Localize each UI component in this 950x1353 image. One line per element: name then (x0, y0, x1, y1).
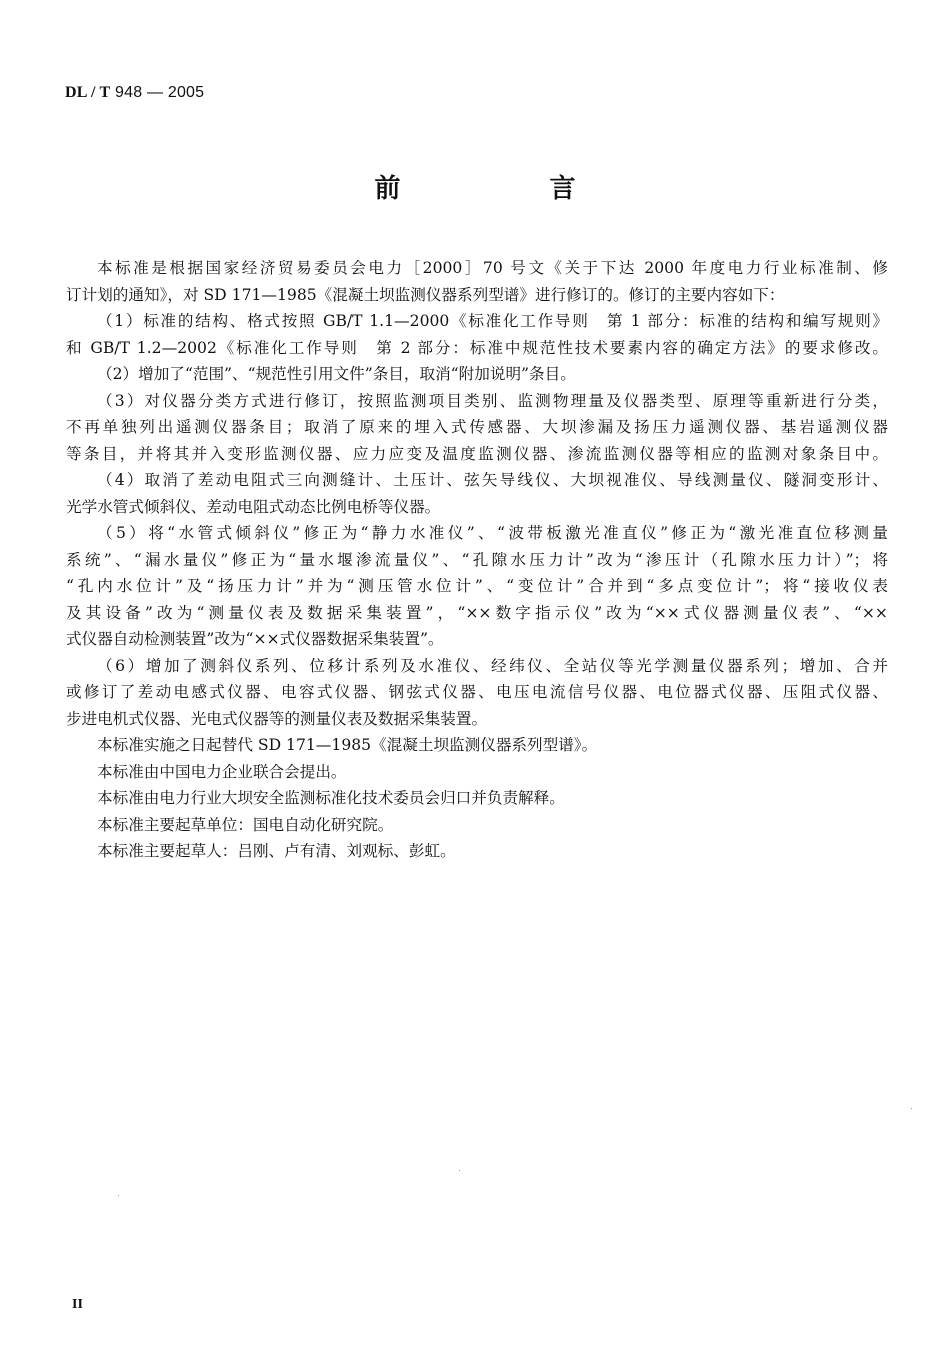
paragraph-responsible: 本标准由电力行业大坝安全监测标准化技术委员会归口并负责解释。 (66, 785, 888, 812)
scan-speck (911, 1108, 912, 1109)
text-line: “孔内水位计”及“扬压力计”并为“测压管水位计”、“变位计”合并到“多点变位计”… (66, 573, 888, 600)
paragraph-item-6: （6）增加了测斜仪系列、位移计系列及水准仪、经纬仪、全站仪等光学测量仪器系列；增… (66, 653, 888, 733)
standard-code-header: DL / T 948 — 2005 (65, 84, 204, 102)
paragraph-item-4: （4）取消了差动电阻式三向测缝计、土压计、弦矢导线仪、大坝视准仪、导线测量仪、隧… (66, 467, 888, 520)
text-line: 和 GB/T 1.2—2002《标准化工作导则 第 2 部分：标准中规范性技术要… (66, 335, 888, 362)
text-line: 本标准由电力行业大坝安全监测标准化技术委员会归口并负责解释。 (66, 785, 888, 812)
page-title: 前 言 (0, 168, 950, 205)
paragraph-item-3: （3）对仪器分类方式进行修订，按照监测项目类别、监测物理量及仪器类型、原理等重新… (66, 388, 888, 468)
paragraph-item-5: （5）将“水管式倾斜仪”修正为“静力水准仪”、“波带板激光准直仪”修正为“激光准… (66, 520, 888, 653)
text-line: 本标准实施之日起替代 SD 171—1985《混凝土坝监测仪器系列型谱》。 (66, 732, 888, 759)
text-line: 或修订了差动电感式仪器、电容式仪器、钢弦式仪器、电压电流信号仪器、电位器式仪器、… (66, 679, 888, 706)
text-line: 系统”、“漏水量仪”修正为“量水堰渗流量仪”、“孔隙水压力计”改为“渗压计（孔隙… (66, 547, 888, 574)
standard-year: 2005 (168, 84, 204, 101)
standard-prefix: DL / T (65, 84, 110, 101)
text-line: 等条目，并将其并入变形监测仪器、应力应变及温度监测仪器、渗流监测仪器等相应的监测… (66, 441, 888, 468)
scan-speck (459, 1170, 460, 1171)
text-line: 订计划的通知》，对 SD 171—1985《混凝土坝监测仪器系列型谱》进行修订的… (66, 282, 888, 309)
text-line: 本标准是根据国家经济贸易委员会电力［2000］70 号文《关于下达 2000 年… (66, 255, 888, 282)
text-line: （6）增加了测斜仪系列、位移计系列及水准仪、经纬仪、全站仪等光学测量仪器系列；增… (66, 653, 888, 680)
paragraph-intro: 本标准是根据国家经济贸易委员会电力［2000］70 号文《关于下达 2000 年… (66, 255, 888, 308)
standard-number: 948 (115, 84, 142, 101)
foreword-body: 本标准是根据国家经济贸易委员会电力［2000］70 号文《关于下达 2000 年… (66, 255, 888, 865)
text-line: 本标准由中国电力企业联合会提出。 (66, 759, 888, 786)
text-line: 不再单独列出遥测仪器条目；取消了原来的埋入式传感器、大坝渗漏及扬压力遥测仪器、基… (66, 414, 888, 441)
text-line: 及其设备”改为“测量仪表及数据采集装置”，“××数字指示仪”改为“××式仪器测量… (66, 600, 888, 627)
text-line: 本标准主要起草单位：国电自动化研究院。 (66, 812, 888, 839)
paragraph-proposed-by: 本标准由中国电力企业联合会提出。 (66, 759, 888, 786)
paragraph-item-2: （2）增加了“范围”、“规范性引用文件”条目，取消“附加说明”条目。 (66, 361, 888, 388)
text-line: 光学水管式倾斜仪、差动电阻式动态比例电桥等仪器。 (66, 494, 888, 521)
text-line: （1）标准的结构、格式按照 GB/T 1.1—2000《标准化工作导则 第 1 … (66, 308, 888, 335)
paragraph-item-1: （1）标准的结构、格式按照 GB/T 1.1—2000《标准化工作导则 第 1 … (66, 308, 888, 361)
paragraph-drafters: 本标准主要起草人：吕刚、卢有清、刘观标、彭虹。 (66, 838, 888, 865)
text-line: （3）对仪器分类方式进行修订，按照监测项目类别、监测物理量及仪器类型、原理等重新… (66, 388, 888, 415)
text-line: （2）增加了“范围”、“规范性引用文件”条目，取消“附加说明”条目。 (66, 361, 888, 388)
text-line: 本标准主要起草人：吕刚、卢有清、刘观标、彭虹。 (66, 838, 888, 865)
text-line: 式仪器自动检测装置”改为“××式仪器数据采集装置”。 (66, 626, 888, 653)
standard-separator: — (147, 84, 163, 101)
text-line: （4）取消了差动电阻式三向测缝计、土压计、弦矢导线仪、大坝视准仪、导线测量仪、隧… (66, 467, 888, 494)
paragraph-replaces: 本标准实施之日起替代 SD 171—1985《混凝土坝监测仪器系列型谱》。 (66, 732, 888, 759)
scan-speck (118, 1195, 119, 1196)
text-line: 步进电机式仪器、光电式仪器等的测量仪表及数据采集装置。 (66, 706, 888, 733)
text-line: （5）将“水管式倾斜仪”修正为“静力水准仪”、“波带板激光准直仪”修正为“激光准… (66, 520, 888, 547)
paragraph-drafting-unit: 本标准主要起草单位：国电自动化研究院。 (66, 812, 888, 839)
page-number: II (72, 1297, 83, 1313)
